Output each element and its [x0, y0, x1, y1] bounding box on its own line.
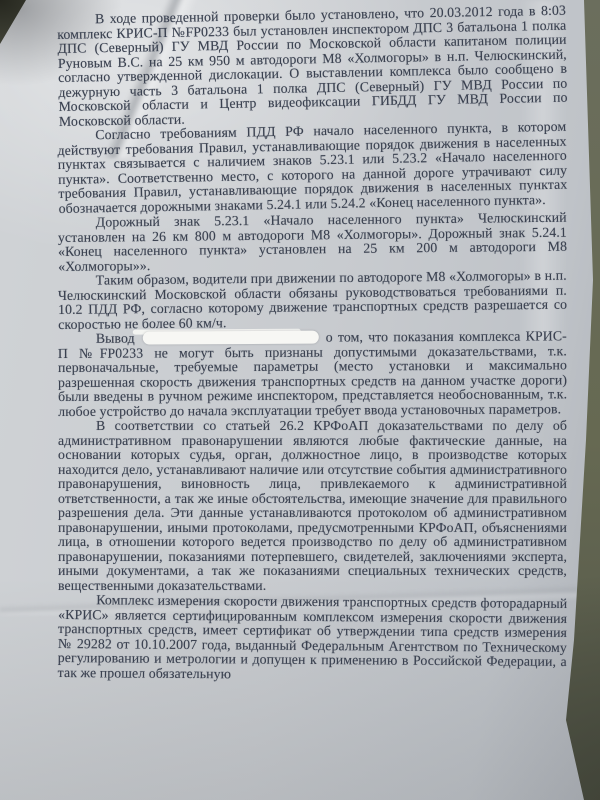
document-paragraph: В соответствии со статьей 26.2 КРФоАП до…: [58, 419, 567, 593]
paragraph-text: Вывод: [96, 331, 135, 346]
paragraph-text: Дорожный знак 5.23.1 «Начало населенного…: [58, 210, 567, 274]
document-paragraph: В ходе проведенной проверки было установ…: [57, 4, 568, 129]
document-paragraph: Комплекс измерения скорости движения тра…: [58, 593, 568, 684]
photo-backdrop: { "colors": { "backdrop-dark": "#26271f"…: [0, 0, 600, 800]
document-text: В ходе проведенной проверки было установ…: [58, 13, 567, 680]
paragraph-text: Таким образом, водители при движении по …: [58, 268, 567, 332]
paragraph-text: В соответствии со статьей 26.2 КРФоАП до…: [58, 418, 567, 593]
paragraph-text: Согласно требованиям ПДД РФ начало насел…: [57, 119, 567, 216]
paragraph-text: В ходе проведенной проверки было установ…: [57, 3, 568, 129]
document-paragraph: Дорожный знак 5.23.1 «Начало населенного…: [58, 211, 568, 274]
paragraph-text: Комплекс измерения скорости движения тра…: [58, 592, 568, 681]
document-paragraph: Согласно требованиям ПДД РФ начало насел…: [57, 120, 568, 216]
document-paragraph: Выводо том, что показания комплекса КРИС…: [58, 329, 567, 419]
redaction-mark: [143, 331, 319, 345]
document-paragraph: Таким образом, водители при движении по …: [58, 269, 568, 332]
paper-page: В ходе проведенной проверки было установ…: [0, 0, 600, 800]
